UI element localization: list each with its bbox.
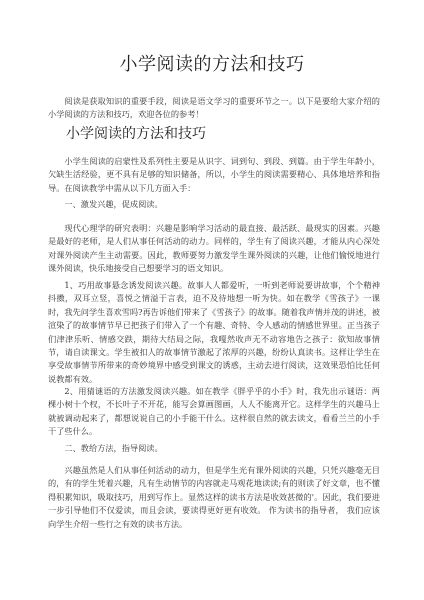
document-page: 小学阅读的方法和技巧 阅读是获取知识的重要手段，阅读是语文学习的重要环节之一。以… (0, 0, 424, 600)
section-subtitle: 小学阅读的方法和技巧 (66, 123, 206, 143)
heading-interest: 一、激发兴趣，促成阅读。 (48, 198, 380, 211)
paragraph-method: 兴趣虽然是人们从事任何活动的动力，但是学生光有课外阅读的兴趣，只凭兴趣毫无目的，… (48, 464, 380, 531)
paragraph-psychology: 现代心理学的研究表明：兴趣是影响学习活动的最直接、最活跃、最现实的因素。兴趣是最… (48, 222, 380, 276)
document-title: 小学阅读的方法和技巧 (0, 50, 424, 76)
paragraph-overview: 小学生阅读的启蒙性及系列性主要是从识字、词到句、到段、到篇。由于学生年龄小，欠缺… (48, 155, 380, 195)
heading-method: 二、教给方法，指导阅读。 (48, 442, 380, 455)
intro-paragraph: 阅读是获取知识的重要手段，阅读是语文学习的重要环节之一。以下是要给大家介绍的小学… (48, 95, 380, 122)
paragraph-riddle: 2、用猜谜语的方法激发阅读兴趣。如在教学《胖乎乎的小手》时，我先出示谜语：两棵小… (48, 385, 380, 439)
paragraph-story-suspense: 1、巧用故事悬念诱发阅读兴趣。故事人人都爱听，一听到老师说要讲故事，个个精神抖擞… (48, 279, 380, 386)
